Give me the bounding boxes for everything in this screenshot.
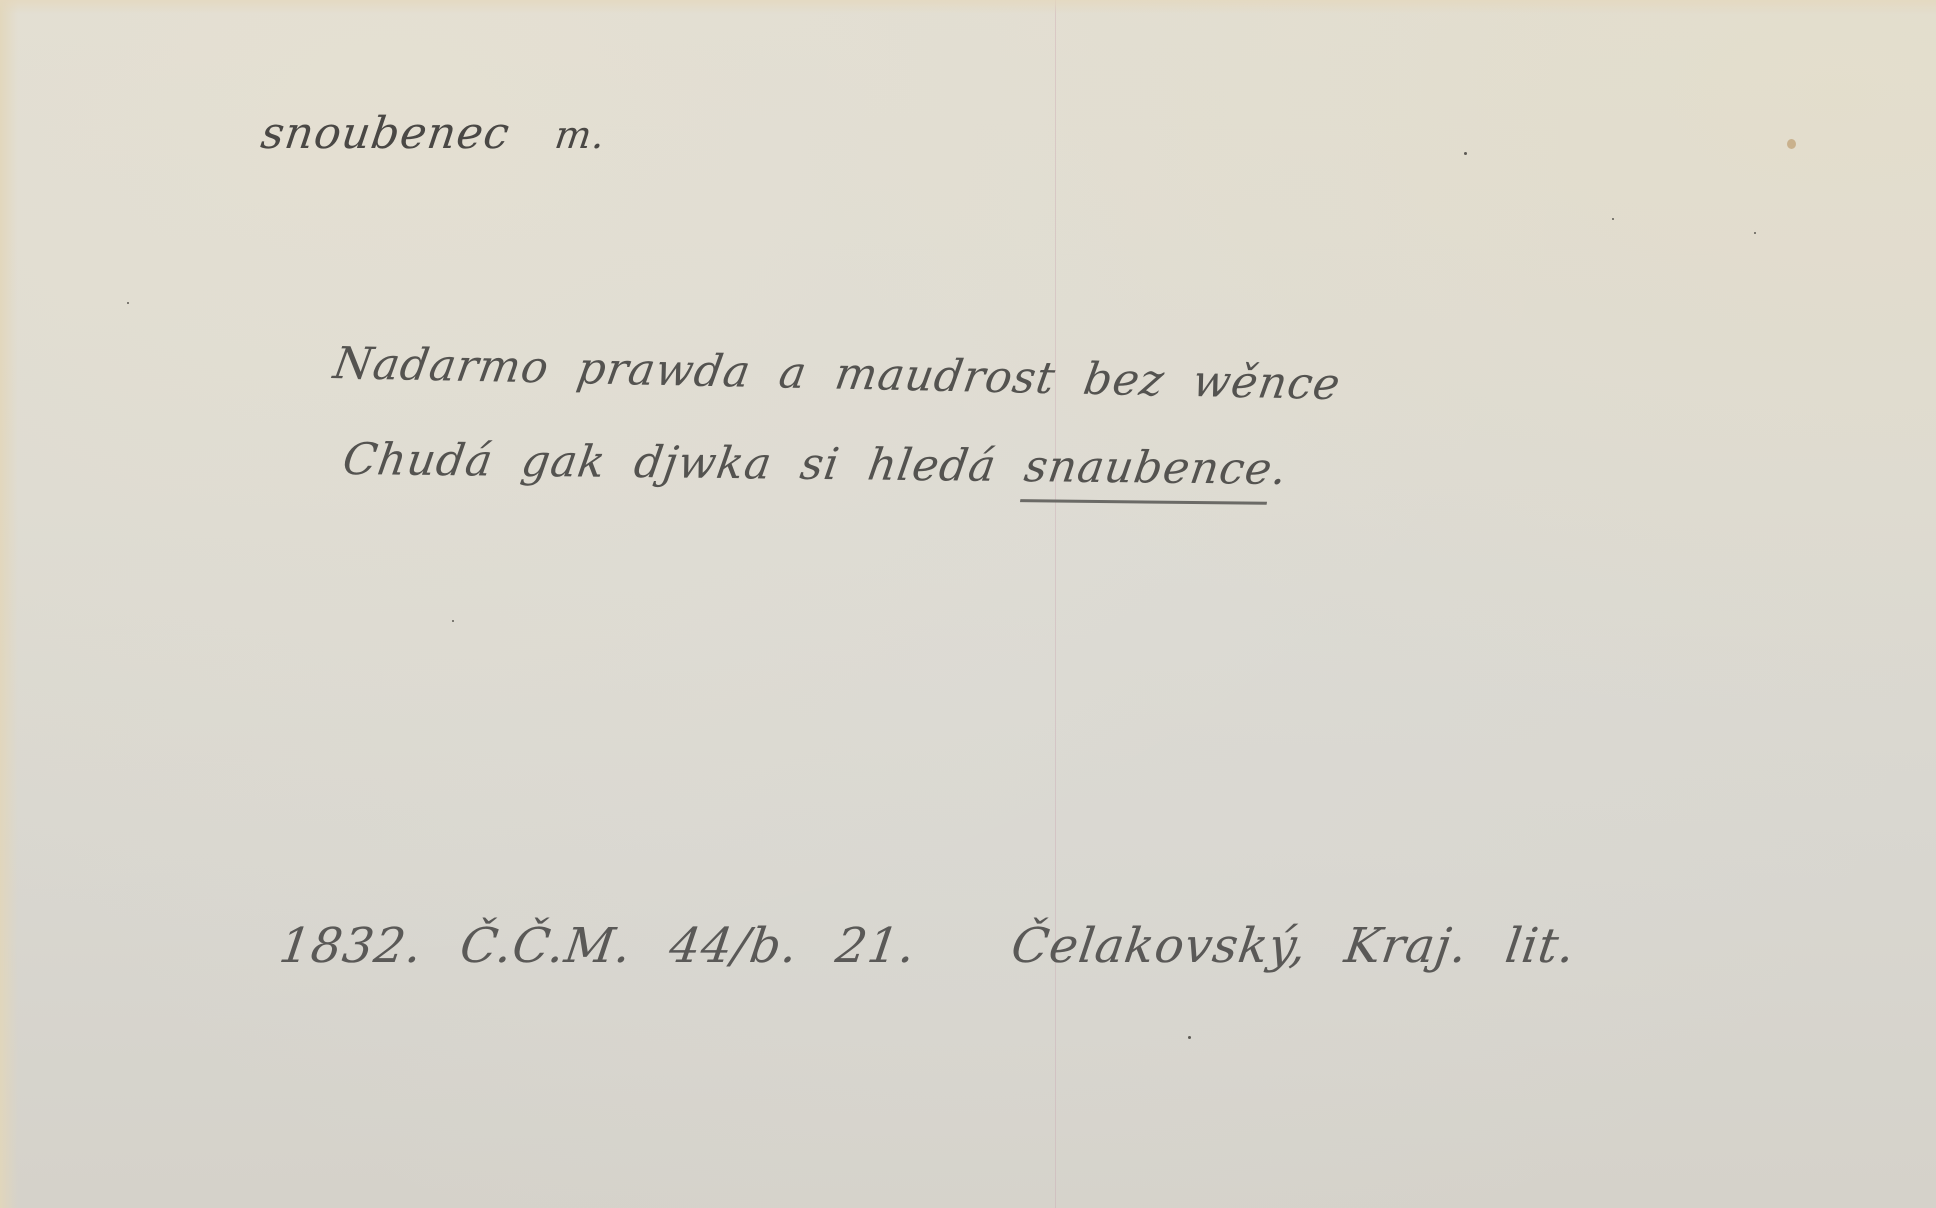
headword: snoubenec xyxy=(258,108,513,159)
paper-speck xyxy=(1464,152,1467,155)
paper-stain xyxy=(1787,139,1796,149)
grammar-label: m. xyxy=(552,113,608,157)
paper-speck xyxy=(452,620,454,622)
citation-source: 1832. Č.Č.M. 44/b. 21. xyxy=(276,918,920,974)
paper-speck xyxy=(1612,218,1614,220)
citation-author: Čelakovský, Kraj. lit. xyxy=(1008,918,1579,974)
paper-speck xyxy=(1754,232,1756,234)
paper-rule-line xyxy=(1055,0,1056,1208)
paper-speck xyxy=(1188,1036,1191,1039)
paper-speck xyxy=(127,302,129,304)
quote-line-1: Nadarmo prawda a maudrost bez wěnce xyxy=(330,338,1344,410)
quote-line-2-text: Chudá gak djwka si hledá xyxy=(340,434,1000,492)
underlined-headword: snaubence xyxy=(1020,445,1276,505)
headword-line: snoubenecm. xyxy=(258,108,609,159)
index-card: snoubenecm. Nadarmo prawda a maudrost be… xyxy=(0,0,1936,1208)
quote-line-2: Chudá gak djwka si hledá snaubence. xyxy=(338,434,1291,505)
